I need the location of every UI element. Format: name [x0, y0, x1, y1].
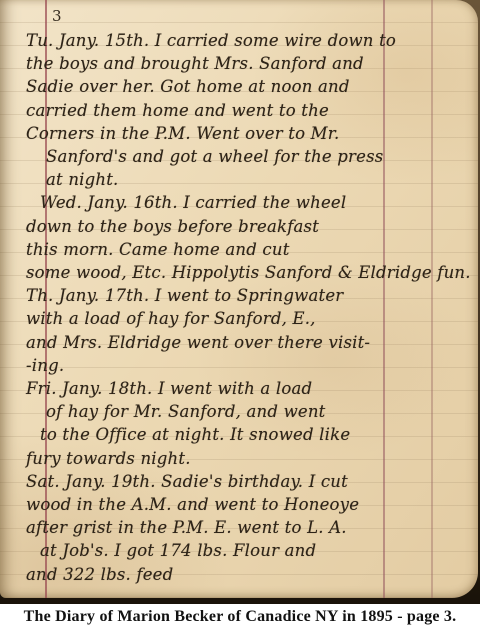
diary-line: Tu. Jany. 15th. I carried some wire down…: [0, 29, 470, 52]
diary-line: Sanford's and got a wheel for the press: [0, 145, 470, 168]
caption-bar: The Diary of Marion Becker of Canadice N…: [0, 604, 480, 630]
diary-line: Wed. Jany. 16th. I carried the wheel: [0, 191, 470, 214]
diary-line: Corners in the P.M. Went over to Mr.: [0, 122, 470, 145]
diary-line: Th. Jany. 17th. I went to Springwater: [0, 284, 470, 307]
caption-text: The Diary of Marion Becker of Canadice N…: [24, 608, 457, 626]
diary-line: carried them home and went to the: [0, 99, 470, 122]
diary-line: to the Office at night. It snowed like: [0, 423, 470, 446]
diary-line: of hay for Mr. Sanford, and went: [0, 400, 470, 423]
diary-scan: 3 Tu. Jany. 15th. I carried some wire do…: [0, 0, 480, 630]
diary-line: with a load of hay for Sanford, E.,: [0, 307, 470, 330]
diary-line: at night.: [0, 168, 470, 191]
diary-line: some wood, Etc. Hippolytis Sanford & Eld…: [0, 261, 470, 284]
diary-line: and Mrs. Eldridge went over there visit-: [0, 331, 470, 354]
diary-line: fury towards night.: [0, 447, 470, 470]
diary-line: after grist in the P.M. E. went to L. A.: [0, 516, 470, 539]
diary-line: at Job's. I got 174 lbs. Flour and: [0, 539, 470, 562]
diary-line: Sadie over her. Got home at noon and: [0, 75, 470, 98]
diary-line: and 322 lbs. feed: [0, 563, 470, 586]
diary-line: Fri. Jany. 18th. I went with a load: [0, 377, 470, 400]
diary-line: -ing.: [0, 354, 470, 377]
diary-text: Tu. Jany. 15th. I carried some wire down…: [0, 29, 470, 586]
diary-line: this morn. Came home and cut: [0, 238, 470, 261]
diary-page-paper: 3 Tu. Jany. 15th. I carried some wire do…: [0, 0, 478, 598]
diary-line: Sat. Jany. 19th. Sadie's birthday. I cut: [0, 470, 470, 493]
diary-line: wood in the A.M. and went to Honeoye: [0, 493, 470, 516]
diary-line: down to the boys before breakfast: [0, 215, 470, 238]
diary-line: the boys and brought Mrs. Sanford and: [0, 52, 470, 75]
page-number: 3: [52, 7, 62, 25]
